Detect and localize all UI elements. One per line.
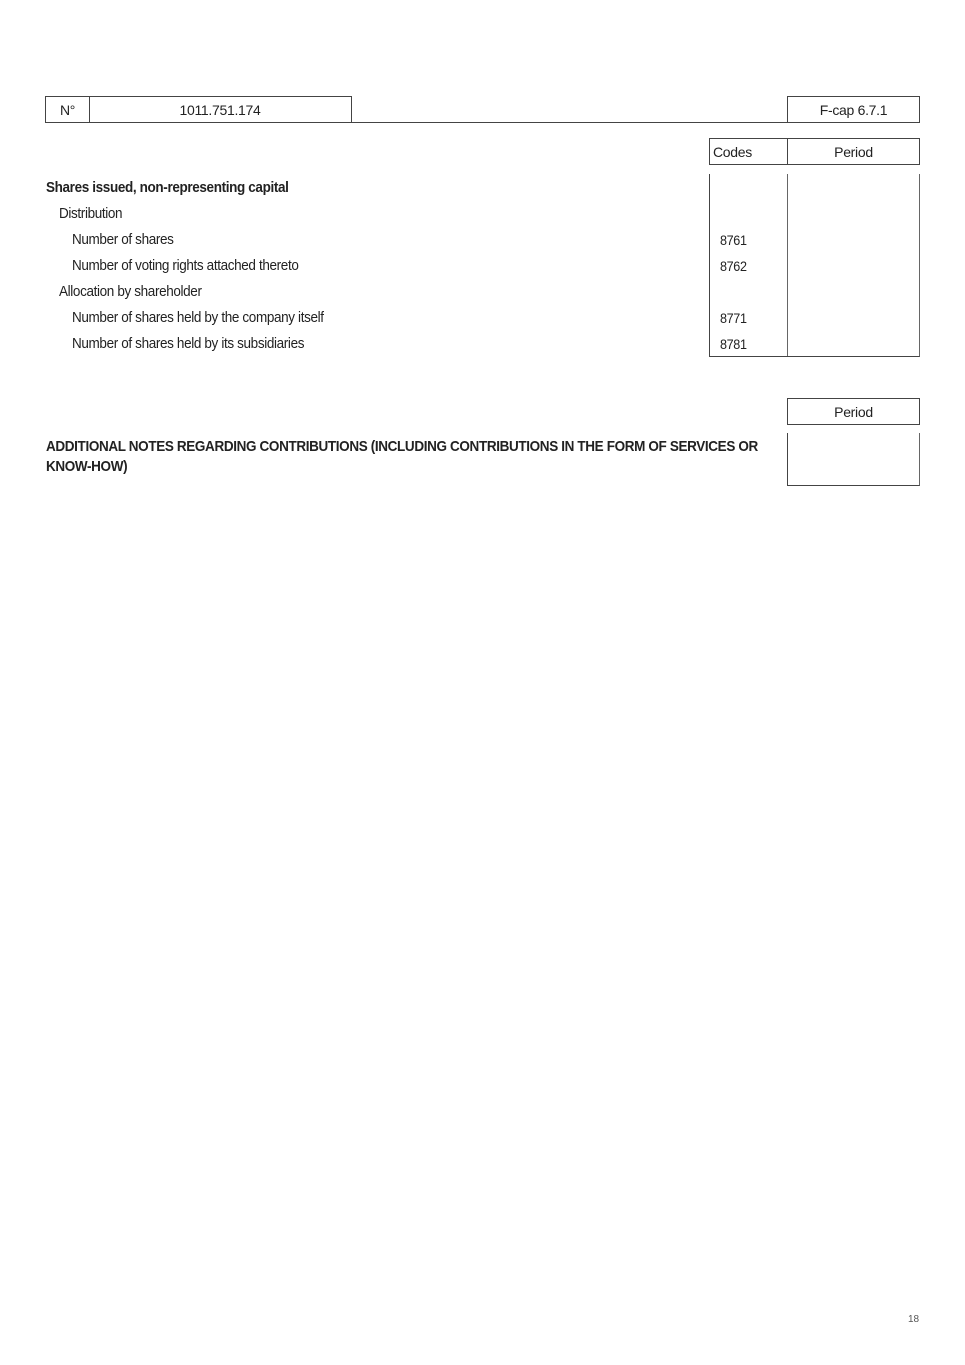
form-code: F-cap 6.7.1	[788, 97, 919, 122]
table-row-label: Number of shares held by the company its…	[72, 305, 324, 331]
notes-value-cell	[787, 433, 920, 486]
table-row-code: 8761	[720, 227, 747, 253]
table-row-period-value	[789, 332, 918, 356]
notes-period-label: Period	[788, 399, 919, 424]
table-row-code: 8771	[720, 305, 747, 331]
table-row-label: Allocation by shareholder	[59, 279, 202, 305]
form-code-cell: F-cap 6.7.1	[787, 96, 920, 123]
header-divider	[351, 122, 788, 123]
table-row-code: 8762	[720, 253, 747, 279]
notes-period-header: Period	[787, 398, 920, 425]
company-number: 1011.751.174	[89, 97, 351, 122]
table-row-label: Number of shares held by its subsidiarie…	[72, 331, 304, 357]
period-column-header: Period	[787, 138, 920, 165]
number-label-cell: N°	[45, 96, 90, 123]
codes-header-label: Codes	[710, 139, 787, 164]
table-row-label: Number of shares	[72, 227, 174, 253]
table-row-period-value	[789, 306, 918, 330]
table-row-code: 8781	[720, 331, 747, 357]
page-number: 18	[908, 1314, 919, 1325]
table-row-label: Number of voting rights attached thereto	[72, 253, 298, 279]
number-label: N°	[46, 97, 89, 122]
notes-section-title: ADDITIONAL NOTES REGARDING CONTRIBUTIONS…	[46, 437, 766, 477]
table-row-period-value	[789, 254, 918, 278]
table-row-label: Distribution	[59, 201, 122, 227]
table-row-label: Shares issued, non-representing capital	[46, 175, 289, 201]
company-number-cell: 1011.751.174	[89, 96, 352, 123]
codes-column-header: Codes	[709, 138, 788, 165]
table-row-period-value	[789, 228, 918, 252]
period-header-label: Period	[788, 139, 919, 164]
